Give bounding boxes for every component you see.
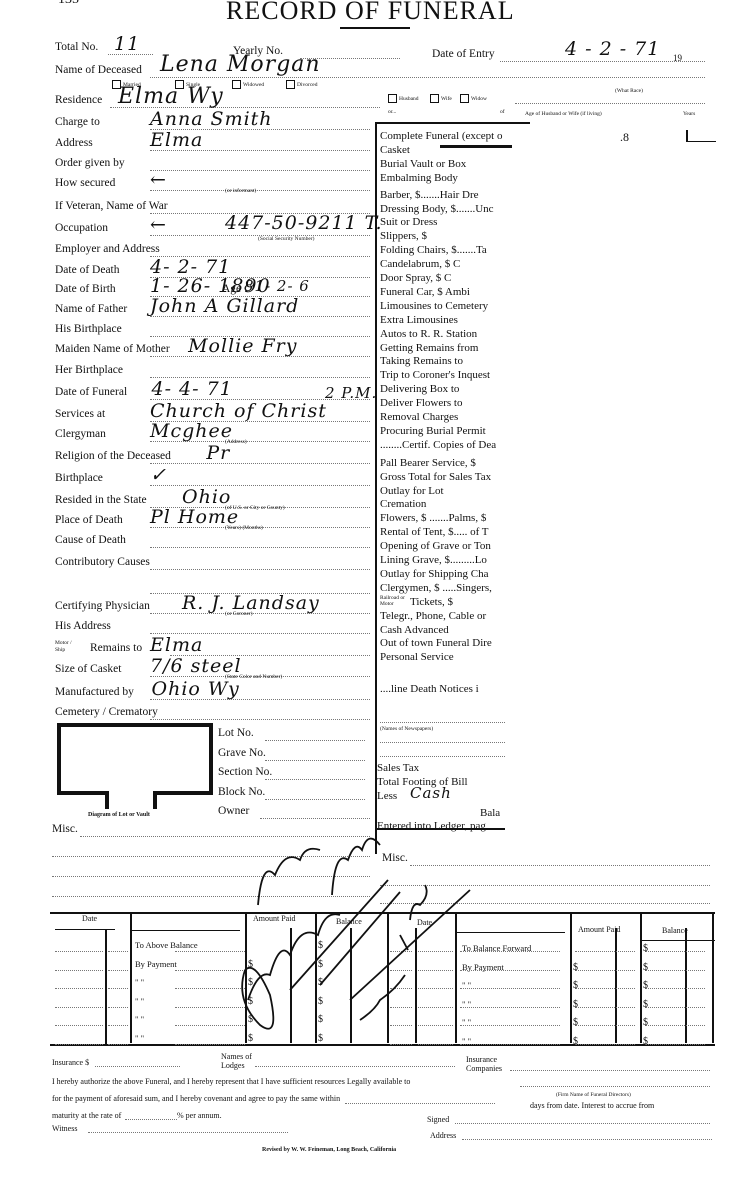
days-input[interactable] [345,1103,495,1104]
companies-label: Insurance Companies [466,1055,516,1073]
payment-text: for the payment of aforesaid sum, and I … [52,1094,340,1103]
handwritten-paid-mark [258,849,320,905]
witness-label: Witness [52,1124,77,1133]
firm-name-input[interactable] [520,1086,710,1087]
handwriting-overlay [0,0,743,1177]
witness-input[interactable] [88,1132,288,1133]
firm-note: (Firm Name of Funeral Directors) [556,1092,631,1098]
lodges-label: Names of Lodges [221,1052,261,1070]
address-label: Address [430,1131,456,1140]
rate-input[interactable] [125,1119,177,1120]
lodges-input[interactable] [255,1066,455,1067]
insurance-input[interactable] [95,1066,180,1067]
authorize-text: I hereby authorize the above Funeral, an… [52,1077,410,1086]
maturity-text: maturity at the rate of [52,1111,121,1120]
revised-credit: Revised by W. W. Feineman, Long Beach, C… [262,1147,396,1153]
signed-label: Signed [427,1115,449,1124]
days-text: days from date. Interest to accrue from [530,1101,654,1110]
companies-input[interactable] [510,1070,710,1071]
signed-input[interactable] [455,1123,710,1124]
percent-text: % per annum. [177,1111,222,1120]
address-input[interactable] [462,1139,712,1140]
insurance-label: Insurance $ [52,1058,89,1067]
